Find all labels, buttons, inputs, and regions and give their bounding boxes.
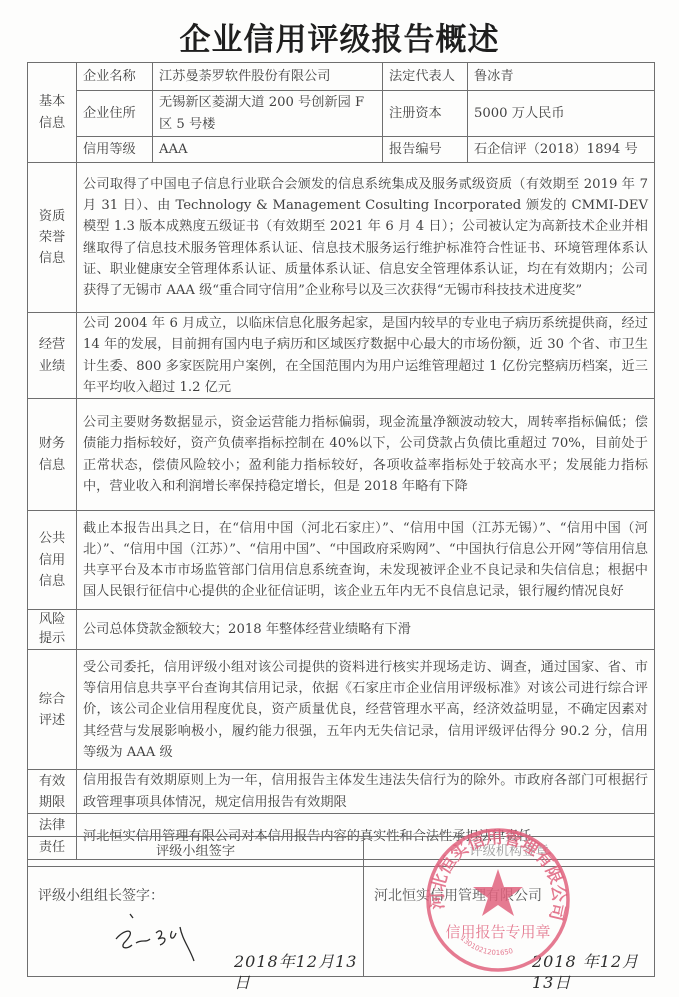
section-text: 公司取得了中国电子信息行业联合会颁发的信息系统集成及服务贰级资质（有效期至 20… [77,163,655,313]
section-label: 有效期限 [28,770,77,814]
company-name-value: 江苏曼荼罗软件股份有限公司 [153,63,383,91]
section-row-validity: 有效期限 信用报告有效期原则上为一年，信用报告主体发生违法失信行为的除外。市政府… [28,770,655,814]
field-label: 企业住所 [77,91,153,137]
signature-header-row: 评级小组签字 评级机构签章 [28,837,655,867]
leader-signature-cell: 评级小组组长签字： 2018年12月13日 [28,867,364,977]
field-label: 报告编号 [383,137,468,163]
agency-seal-date: 2018 年12月13日 [532,951,654,994]
report-number-value: 石企信评（2018）1894 号 [468,137,655,163]
field-label: 法定代表人 [383,63,468,91]
section-label-basic-info: 基本信息 [28,63,77,163]
handwritten-signature [98,909,218,969]
page-title: 企业信用评级报告概述 [0,14,679,59]
field-label: 注册资本 [383,91,468,137]
section-row-summary: 综合评述 受公司委托，信用评级小组对该公司提供的资料进行核实并现场走访、调查，通… [28,650,655,770]
agency-seal-cell: 河北恒实信用管理有限公司 2018 年12月13日 [364,867,655,977]
section-label: 资质荣誉信息 [28,163,77,313]
signature-body-row: 评级小组组长签字： 2018年12月13日 河北恒实信用管理有限公司 2018 … [28,867,655,977]
leader-signature-label: 评级小组组长签字： [38,886,164,907]
leader-signature-date: 2018年12月13日 [234,951,363,994]
section-text: 公司 2004 年 6 月成立，以临床信息化服务起家，是国内较早的专业电子病历系… [77,313,655,399]
signature-table: 评级小组签字 评级机构签章 评级小组组长签字： 2018年12月13日 河北恒实… [27,836,655,977]
registered-capital-value: 5000 万人民币 [468,91,655,137]
section-text: 信用报告有效期原则上为一年，信用报告主体发生违法失信行为的除外。市政府各部门可根… [77,770,655,814]
section-label: 公共信用信息 [28,511,77,610]
credit-rating-value: AAA [153,137,383,163]
section-text: 公司总体贷款金额较大；2018 年整体经营业绩略有下滑 [77,610,655,650]
section-text: 受公司委托，信用评级小组对该公司提供的资料进行核实并现场走访、调查，通过国家、省… [77,650,655,770]
section-row-public-credit: 公共信用信息 截止本报告出具之日，在“信用中国（河北石家庄）”、“信用中国（江苏… [28,511,655,610]
field-label: 企业名称 [77,63,153,91]
section-text: 公司主要财务数据显示，资金运营能力指标偏弱，现金流量净额波动较大，周转率指标偏低… [77,399,655,511]
section-row-performance: 经营业绩 公司 2004 年 6 月成立，以临床信息化服务起家，是国内较早的专业… [28,313,655,399]
basic-info-row: 信用等级 AAA 报告编号 石企信评（2018）1894 号 [28,137,655,163]
agency-name-label: 河北恒实信用管理有限公司 [374,886,542,907]
section-row-qualifications: 资质荣誉信息 公司取得了中国电子信息行业联合会颁发的信息系统集成及服务贰级资质（… [28,163,655,313]
section-row-risk: 风险提示 公司总体贷款金额较大；2018 年整体经营业绩略有下滑 [28,610,655,650]
report-table: 基本信息 企业名称 江苏曼荼罗软件股份有限公司 法定代表人 鲁冰青 企业住所 无… [27,62,655,860]
basic-info-row: 企业住所 无锡新区菱湖大道 200 号创新园 F 区 5 号楼 注册资本 500… [28,91,655,137]
section-label: 综合评述 [28,650,77,770]
legal-rep-value: 鲁冰青 [468,63,655,91]
section-label: 财务信息 [28,399,77,511]
section-label: 风险提示 [28,610,77,650]
basic-info-row: 基本信息 企业名称 江苏曼荼罗软件股份有限公司 法定代表人 鲁冰青 [28,63,655,91]
address-value: 无锡新区菱湖大道 200 号创新园 F 区 5 号楼 [153,91,383,137]
section-text: 截止本报告出具之日，在“信用中国（河北石家庄）”、“信用中国（江苏无锡）”、“信… [77,511,655,610]
rating-team-signature-header: 评级小组签字 [28,837,364,867]
field-label: 信用等级 [77,137,153,163]
rating-agency-seal-header: 评级机构签章 [364,837,655,867]
section-label: 经营业绩 [28,313,77,399]
section-row-financial: 财务信息 公司主要财务数据显示，资金运营能力指标偏弱，现金流量净额波动较大，周转… [28,399,655,511]
